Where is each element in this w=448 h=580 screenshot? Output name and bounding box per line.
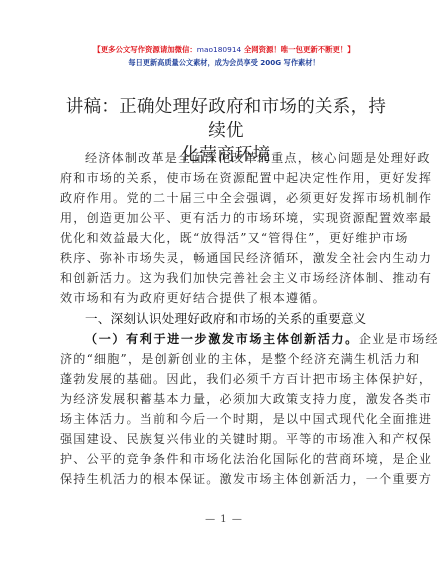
subsection-heading: （一）有利于进一步激发市场主体创新活力。	[85, 332, 359, 346]
paragraph-line: 政府作用。党的二十届三中全会强调，必须更好发挥市场机制作	[60, 188, 392, 208]
paragraph-line: 场主体活力。当前和今后一个时期，是以中国式现代化全面推进	[60, 409, 392, 429]
paragraph-line: 经济体制改革是全面深化改革的重点，核心问题是处理好政	[60, 148, 392, 168]
paragraph-line: 为经济发展积蓄基本力量，必须加大政策支持力度，激发各类市	[60, 389, 392, 409]
paragraph-line: 保持生机活力的根本保证。激发市场主体创新活力，一个重要方	[60, 469, 392, 489]
promo-line-membership: 每日更新高质量公文素材，成为会员享受 200G 写作素材！	[0, 58, 448, 68]
section-heading: 一、深刻认识处理好政府和市场的关系的重要意义	[60, 308, 392, 329]
paragraph-line: 效市场和有为政府更好结合提供了根本遵循。	[60, 288, 392, 308]
intro-paragraph: 经济体制改革是全面深化改革的重点，核心问题是处理好政 府和市场的关系，使市场在资…	[60, 148, 392, 308]
paragraph-line: 优化和效益最大化，既“放得活”又“管得住”，更好维护市场	[60, 228, 392, 248]
subsection-first-line: （一）有利于进一步激发市场主体创新活力。企业是市场经	[60, 329, 392, 349]
subsection-text: 企业是市场经	[359, 332, 439, 346]
page-number: — 1 —	[0, 514, 448, 525]
paragraph-line: 府和市场的关系，使市场在资源配置中起决定性作用，更好发挥	[60, 168, 392, 188]
paragraph-line: 济的“细胞”，是创新创业的主体，是整个经济充满生机活力和	[60, 349, 392, 369]
paragraph-line: 护、公平的竞争条件和市场化法治化国际化的营商环境，是企业	[60, 449, 392, 469]
promo-suffix: 全网资源！唯一包更新不断更！】	[241, 45, 354, 54]
promo-line-wechat: 【更多公文写作资源请加微信：mao180914 全网资源！唯一包更新不断更！】	[0, 45, 448, 55]
subsection-paragraph: （一）有利于进一步激发市场主体创新活力。企业是市场经 济的“细胞”，是创新创业的…	[60, 329, 392, 489]
paragraph-line: 用，创造更加公平、更有活力的市场环境，实现资源配置效率最	[60, 208, 392, 228]
title-line-1: 讲稿：正确处理好政府和市场的关系，持续优	[60, 95, 392, 143]
paragraph-line: 蓬勃发展的基础。因此，我们必须千方百计把市场主体保护好，	[60, 369, 392, 389]
wechat-id: mao180914	[197, 45, 241, 54]
paragraph-line: 和创新活力。这为我们加快完善社会主义市场经济体制、推动有	[60, 268, 392, 288]
paragraph-line: 秩序、弥补市场失灵，畅通国民经济循环，激发全社会内生动力	[60, 248, 392, 268]
promo-prefix: 【更多公文写作资源请加微信：	[93, 45, 196, 54]
document-body: 经济体制改革是全面深化改革的重点，核心问题是处理好政 府和市场的关系，使市场在资…	[60, 148, 392, 489]
paragraph-line: 强国建设、民族复兴伟业的关键时期。平等的市场准入和产权保	[60, 429, 392, 449]
